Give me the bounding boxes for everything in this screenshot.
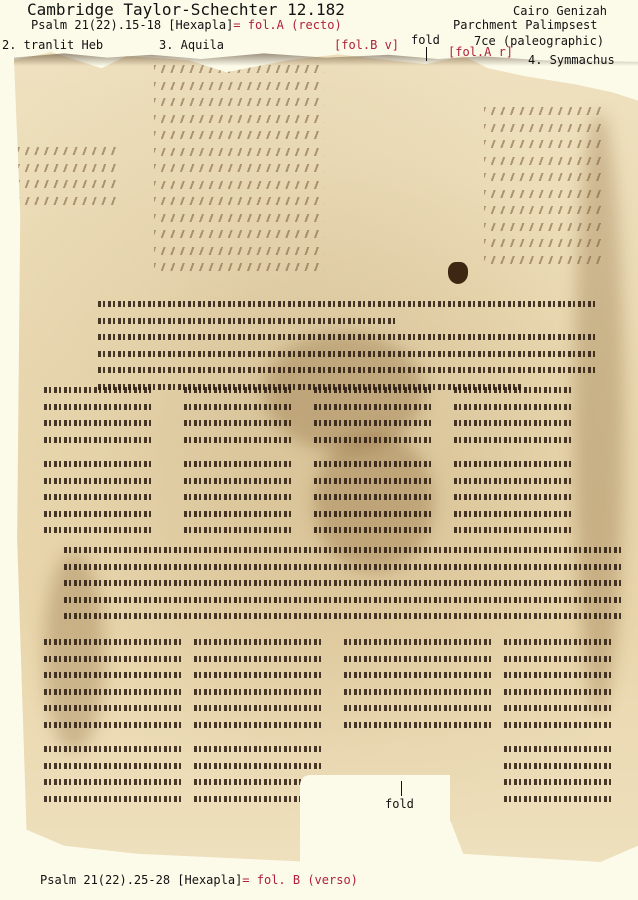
column-label-aquila: 3. Aquila xyxy=(159,38,224,52)
manuscript-title: Cambridge Taylor-Schechter 12.182 xyxy=(27,1,345,19)
fold-label-bottom: fold xyxy=(385,797,414,811)
overtext-col-1 xyxy=(44,382,154,539)
undertext-greek-right xyxy=(484,102,604,267)
psalm-reference-verso-text: Psalm 21(22).25-28 [Hexapla] xyxy=(40,873,242,887)
folio-a-recto-marker: [fol.A r] xyxy=(448,45,513,59)
folio-recto-label: = fol.A (recto) xyxy=(233,18,341,32)
overtext-lower-col-1 xyxy=(44,634,184,807)
overtext-lower-col-3 xyxy=(344,634,494,733)
parchment-hole xyxy=(448,262,468,284)
folio-verso-label: = fol. B (verso) xyxy=(242,873,358,887)
overtext-top-block xyxy=(98,296,598,395)
overtext-lower-col-4 xyxy=(504,634,614,807)
undertext-greek-left xyxy=(18,142,118,208)
psalm-reference-text: Psalm 21(22).15-18 [Hexapla] xyxy=(31,18,233,32)
fold-label-top: fold xyxy=(411,33,440,47)
fold-tick-top xyxy=(426,47,427,61)
overtext-col-3 xyxy=(314,382,434,539)
undertext-greek-center xyxy=(154,60,324,275)
column-label-symmachus: 4. Symmachus xyxy=(528,53,615,67)
column-label-transliterated-hebrew: 2. tranlit Heb xyxy=(2,38,103,52)
psalm-reference-verso: Psalm 21(22).25-28 [Hexapla]= fol. B (ve… xyxy=(40,873,358,887)
material-label: Parchment Palimpsest xyxy=(453,18,598,32)
overtext-col-2 xyxy=(184,382,294,539)
fold-tick-bottom xyxy=(401,781,402,796)
folio-b-verso-marker: [fol.B v] xyxy=(334,38,399,52)
manuscript-parchment xyxy=(14,52,638,862)
overtext-col-4 xyxy=(454,382,574,539)
psalm-reference-recto: Psalm 21(22).15-18 [Hexapla]= fol.A (rec… xyxy=(31,18,342,32)
collection-label: Cairo Genizah xyxy=(513,4,607,18)
overtext-narrow-row xyxy=(64,542,624,625)
